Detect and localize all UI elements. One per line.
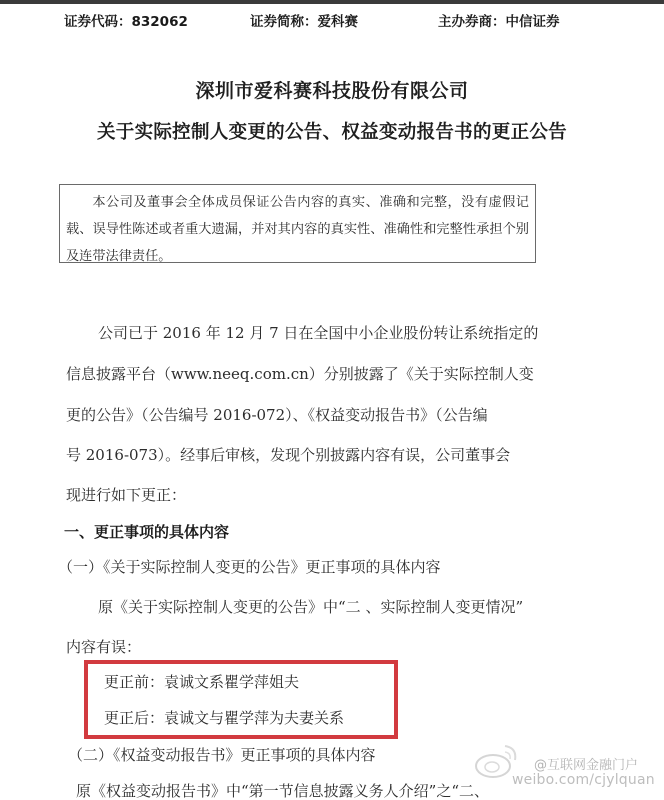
weibo-watermark: @互联网金融门户 weibo.com/cjylquan bbox=[470, 740, 664, 800]
document-body-continued: （二）《权益变动报告书》更正事项的具体内容 bbox=[58, 0, 610, 800]
subsection-2-heading: （二）《权益变动报告书》更正事项的具体内容 bbox=[68, 744, 376, 765]
subsection-2-partial-line: 原《权益变动报告书》中“第一节信息披露义务人介绍”之“二、 bbox=[76, 780, 489, 800]
watermark-url: weibo.com/cjylquan bbox=[512, 772, 655, 788]
watermark-handle: @互联网金融门户 bbox=[534, 754, 638, 773]
